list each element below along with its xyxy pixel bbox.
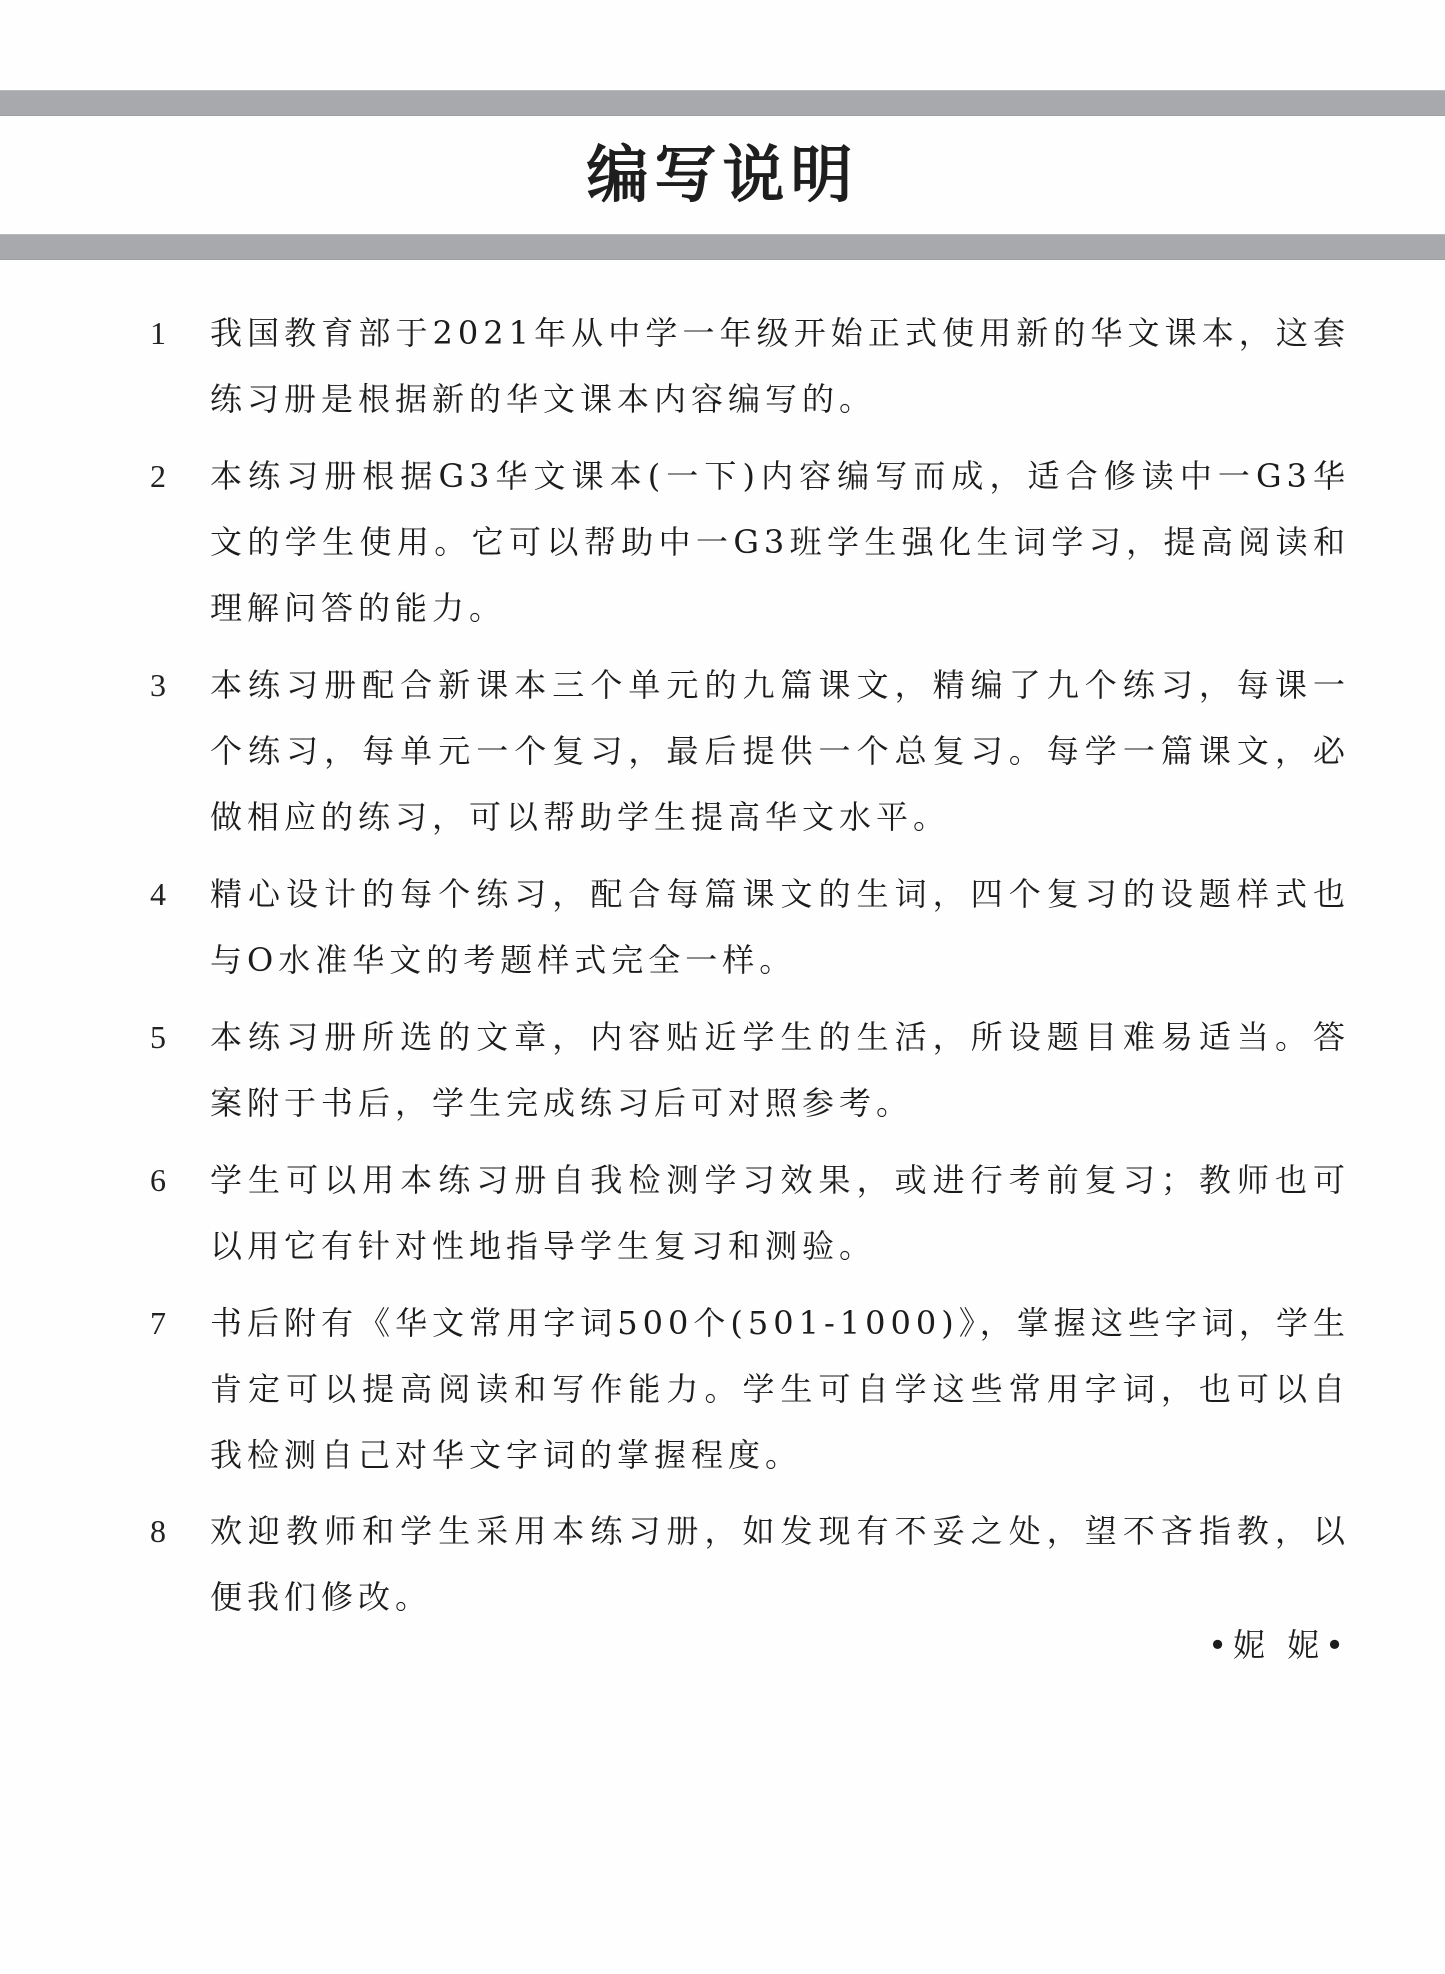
item-number: 6 xyxy=(150,1147,190,1213)
header-bar-top xyxy=(0,90,1445,116)
header-bar-bottom xyxy=(0,234,1445,260)
item-text: 本练习册配合新课本三个单元的九篇课文，精编了九个练习，每课一个练习，每单元一个复… xyxy=(210,652,1350,850)
item-number: 7 xyxy=(150,1290,190,1356)
item-text: 本练习册根据G3华文课本(一下)内容编写而成，适合修读中一G3华文的学生使用。它… xyxy=(210,443,1350,641)
author-signature: •妮 妮• xyxy=(1208,1620,1350,1666)
item-number: 3 xyxy=(150,652,190,718)
item-text: 精心设计的每个练习，配合每篇课文的生词，四个复习的设题样式也与O水准华文的考题样… xyxy=(210,861,1350,993)
item-number: 2 xyxy=(150,443,190,509)
item-number: 4 xyxy=(150,861,190,927)
item-number: 5 xyxy=(150,1004,190,1070)
item-text: 欢迎教师和学生采用本练习册，如发现有不妥之处，望不吝指教，以便我们修改。 xyxy=(210,1498,1350,1630)
item-number: 1 xyxy=(150,300,190,366)
item-text: 我国教育部于2021年从中学一年级开始正式使用新的华文课本，这套练习册是根据新的… xyxy=(210,300,1350,432)
item-text: 学生可以用本练习册自我检测学习效果，或进行考前复习；教师也可以用它有针对性地指导… xyxy=(210,1147,1350,1279)
item-text: 书后附有《华文常用字词500个(501-1000)》，掌握这些字词，学生肯定可以… xyxy=(210,1290,1350,1488)
item-text: 本练习册所选的文章，内容贴近学生的生活，所设题目难易适当。答案附于书后，学生完成… xyxy=(210,1004,1350,1136)
page-title: 编写说明 xyxy=(0,135,1445,215)
item-number: 8 xyxy=(150,1498,190,1564)
